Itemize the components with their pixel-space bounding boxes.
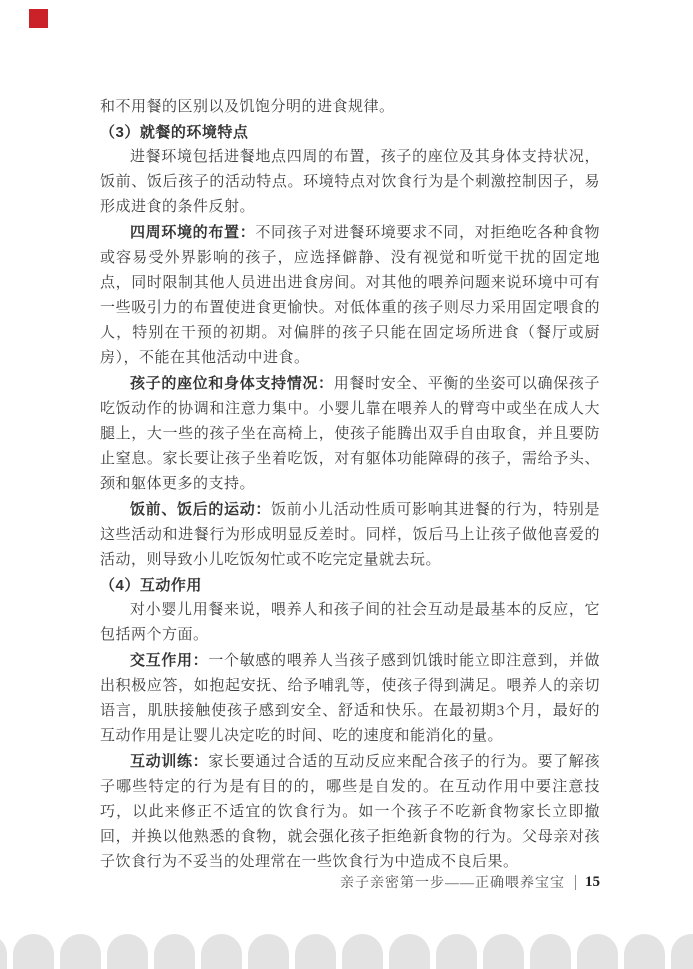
paragraph-text: 不同孩子对进餐环境要求不同，对拒绝吃各种食物或容易受外界影响的孩子，应选择僻静、… bbox=[100, 225, 600, 366]
decorative-scalloped-edge bbox=[0, 934, 693, 969]
scallop-shape bbox=[389, 934, 430, 969]
paragraph: 进餐环境包括进餐地点四周的布置，孩子的座位及其身体支持状况，饭前、饭后孩子的活动… bbox=[100, 145, 600, 220]
lead-in-label: 饭前、饭后的运动： bbox=[130, 501, 271, 518]
lead-in-label: 四周环境的布置： bbox=[130, 224, 255, 241]
scallop-shape bbox=[154, 934, 195, 969]
scallop-shape bbox=[201, 934, 242, 969]
scallop-shape bbox=[483, 934, 524, 969]
scallop-shape bbox=[436, 934, 477, 969]
scallop-shape bbox=[107, 934, 148, 969]
book-title: 亲子亲密第一步——正确喂养宝宝 bbox=[340, 872, 565, 892]
scallop-shape bbox=[577, 934, 618, 969]
scallop-shape bbox=[624, 934, 665, 969]
paragraph-text: 用餐时安全、平衡的坐姿可以确保孩子吃饭动作的协调和注意力集中。小婴儿靠在喂养人的… bbox=[100, 376, 600, 492]
scallop-shape bbox=[248, 934, 289, 969]
paragraph: 互动训练：家长要通过合适的互动反应来配合孩子的行为。要了解孩子哪些特定的行为是有… bbox=[100, 749, 600, 875]
scallop-shape bbox=[530, 934, 571, 969]
paragraph-text: 进餐环境包括进餐地点四周的布置，孩子的座位及其身体支持状况，饭前、饭后孩子的活动… bbox=[100, 149, 600, 215]
paragraph: 四周环境的布置：不同孩子对进餐环境要求不同，对拒绝吃各种食物或容易受外界影响的孩… bbox=[100, 220, 600, 371]
paragraph-continuation: 和不用餐的区别以及饥饱分明的进食规律。 bbox=[100, 95, 600, 120]
paragraph: 饭前、饭后的运动：饭前小儿活动性质可影响其进餐的行为，特别是这些活动和进餐行为形… bbox=[100, 497, 600, 573]
paragraph: 孩子的座位和身体支持情况：用餐时安全、平衡的坐姿可以确保孩子吃饭动作的协调和注意… bbox=[100, 371, 600, 497]
book-page: 和不用餐的区别以及饥饱分明的进食规律。 （3）就餐的环境特点 进餐环境包括进餐地… bbox=[0, 0, 693, 969]
scallop-shape bbox=[342, 934, 383, 969]
page-number: 15 bbox=[585, 874, 600, 891]
scallop-shape bbox=[60, 934, 101, 969]
section-heading: （3）就餐的环境特点 bbox=[100, 120, 600, 145]
paragraph: 交互作用：一个敏感的喂养人当孩子感到饥饿时能立即注意到，并做出积极应答，如抱起安… bbox=[100, 648, 600, 749]
page-body-text: 和不用餐的区别以及饥饱分明的进食规律。 （3）就餐的环境特点 进餐环境包括进餐地… bbox=[100, 95, 600, 875]
lead-in-label: 孩子的座位和身体支持情况： bbox=[130, 375, 334, 392]
paragraph-text: 家长要通过合适的互动反应来配合孩子的行为。要了解孩子哪些特定的行为是有目的的，哪… bbox=[100, 754, 600, 870]
scallop-shape bbox=[671, 934, 693, 969]
corner-marker bbox=[29, 9, 48, 28]
scallop-shape bbox=[295, 934, 336, 969]
scallop-shape bbox=[13, 934, 54, 969]
paragraph: 对小婴儿用餐来说，喂养人和孩子间的社会互动是最基本的反应，它包括两个方面。 bbox=[100, 598, 600, 648]
lead-in-label: 交互作用： bbox=[130, 652, 208, 669]
footer-separator bbox=[575, 875, 576, 890]
paragraph-text: 对小婴儿用餐来说，喂养人和孩子间的社会互动是最基本的反应，它包括两个方面。 bbox=[100, 602, 600, 643]
lead-in-label: 互动训练： bbox=[130, 753, 208, 770]
scallop-shape bbox=[0, 934, 7, 969]
page-footer: 亲子亲密第一步——正确喂养宝宝 15 bbox=[340, 872, 600, 892]
section-heading: （4）互动作用 bbox=[100, 573, 600, 598]
